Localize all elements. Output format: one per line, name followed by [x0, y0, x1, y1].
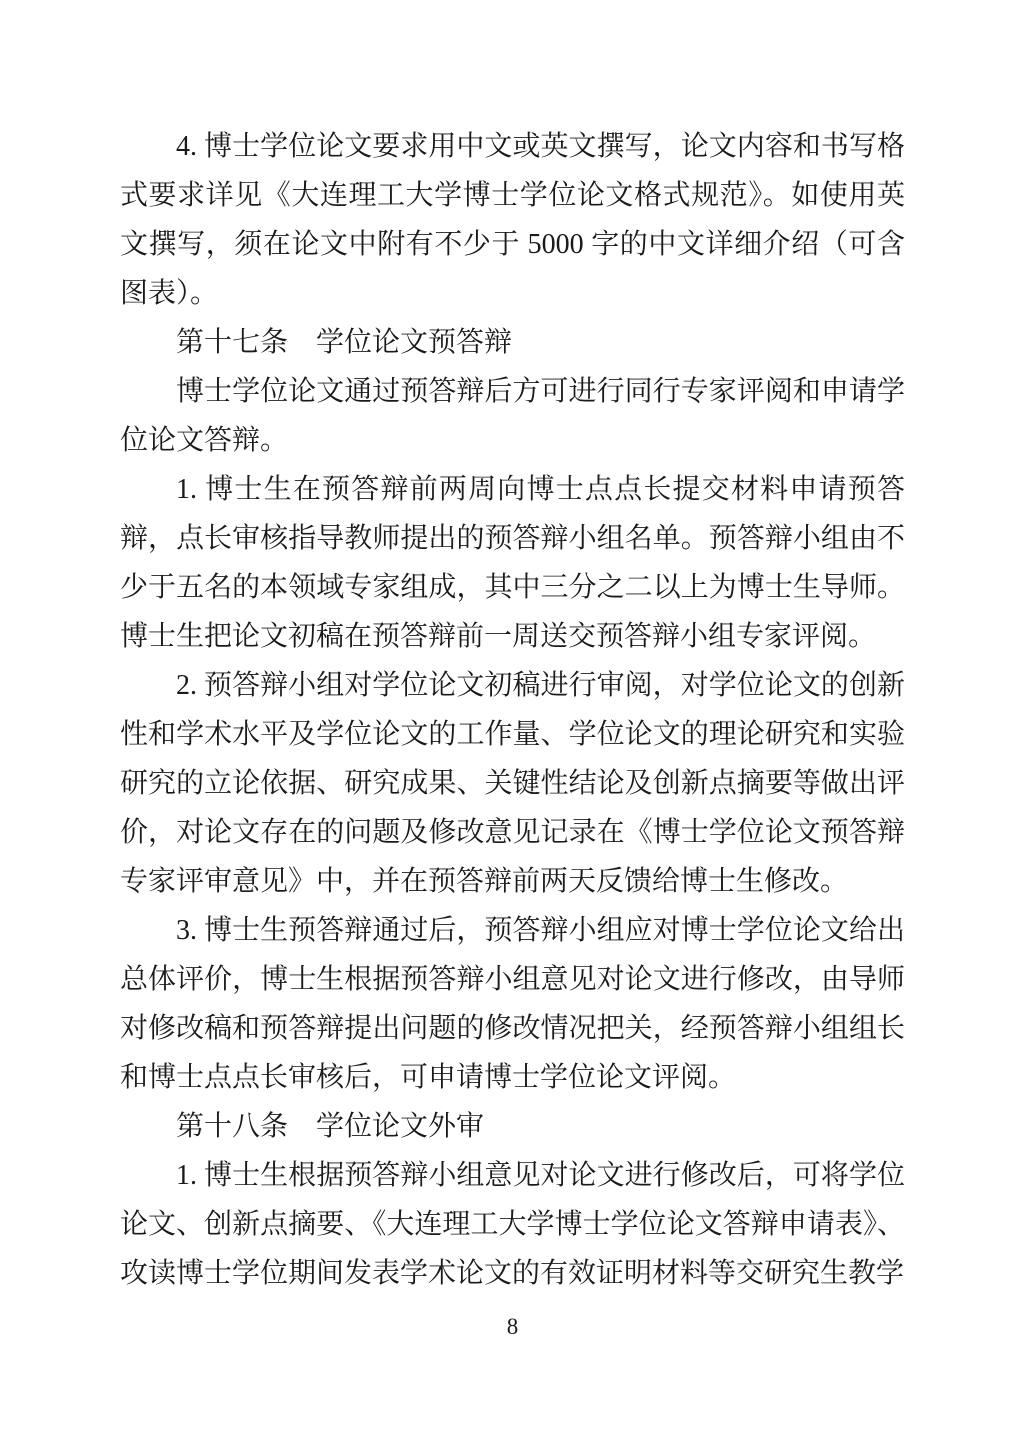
- page-number: 8: [120, 1312, 905, 1342]
- clause-4: 4. 博士学位论文要求用中文或英文撰写，论文内容和书写格式要求详见《大连理工大学…: [120, 122, 905, 318]
- section-heading-article-18: 第十八条 学位论文外审: [120, 1102, 905, 1151]
- article-17-intro: 博士学位论文通过预答辩后方可进行同行专家评阅和申请学位论文答辩。: [120, 367, 905, 465]
- document-page: 4. 博士学位论文要求用中文或英文撰写，论文内容和书写格式要求详见《大连理工大学…: [0, 0, 1024, 1446]
- article-17-clause-3: 3. 博士生预答辩通过后，预答辩小组应对博士学位论文给出总体评价，博士生根据预答…: [120, 906, 905, 1102]
- article-18-clause-1: 1. 博士生根据预答辩小组意见对论文进行修改后，可将学位论文、创新点摘要、《大连…: [120, 1151, 905, 1298]
- section-heading-article-17: 第十七条 学位论文预答辩: [120, 318, 905, 367]
- article-17-clause-2: 2. 预答辩小组对学位论文初稿进行审阅，对学位论文的创新性和学术水平及学位论文的…: [120, 661, 905, 906]
- article-17-clause-1: 1. 博士生在预答辩前两周向博士点点长提交材料申请预答辩，点长审核指导教师提出的…: [120, 465, 905, 661]
- document-content: 4. 博士学位论文要求用中文或英文撰写，论文内容和书写格式要求详见《大连理工大学…: [120, 122, 905, 1298]
